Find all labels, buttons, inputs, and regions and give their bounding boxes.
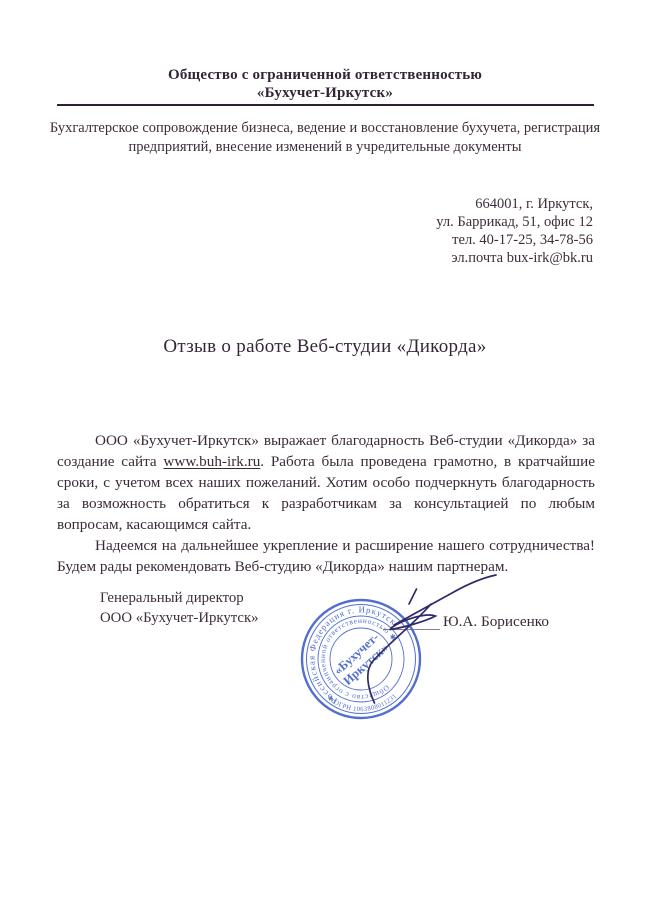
stamp-and-signature-area: Российская Федерация г. Иркутск ✱ ОГРН 1… — [280, 555, 530, 745]
contact-phone: тел. 40-17-25, 34-78-56 — [273, 231, 593, 249]
company-stamp-seal: Российская Федерация г. Иркутск ✱ ОГРН 1… — [302, 600, 420, 718]
handwritten-signature — [368, 575, 496, 703]
org-tagline-line2: предприятий, внесение изменений в учреди… — [25, 138, 625, 157]
document-title: Отзыв о работе Веб-студии «Дикорда» — [0, 336, 650, 358]
stamp-center-text: «Бухучет- Иркутск» — [331, 630, 391, 688]
org-tagline-line1: Бухгалтерское сопровождение бизнеса, вед… — [25, 119, 625, 138]
org-name-line1: Общество с ограниченной ответственностью — [0, 66, 650, 84]
document-page: Общество с ограниченной ответственностью… — [0, 0, 650, 900]
signatory-title-block: Генеральный директор ООО «Бухучет-Иркутс… — [100, 588, 259, 628]
contact-block: 664001, г. Иркутск, ул. Баррикад, 51, оф… — [273, 195, 593, 267]
header-divider — [57, 104, 594, 106]
signatory-title-line2: ООО «Бухучет-Иркутск» — [100, 608, 259, 628]
contact-postal-city: 664001, г. Иркутск, — [273, 195, 593, 213]
org-tagline: Бухгалтерское сопровождение бизнеса, вед… — [25, 119, 625, 156]
website-link: www.buh-irk.ru — [163, 453, 260, 470]
org-name-line2: «Бухучет-Иркутск» — [0, 84, 650, 102]
signatory-title-line1: Генеральный директор — [100, 588, 259, 608]
contact-email: эл.почта bux-irk@bk.ru — [273, 249, 593, 267]
paragraph-1: ООО «Бухучет-Иркутск» выражает благодарн… — [57, 430, 595, 535]
signature-slash-stroke — [409, 589, 417, 604]
contact-street: ул. Баррикад, 51, офис 12 — [273, 213, 593, 231]
signature-sweep-stroke — [394, 575, 496, 625]
org-name-header: Общество с ограниченной ответственностью… — [0, 66, 650, 102]
